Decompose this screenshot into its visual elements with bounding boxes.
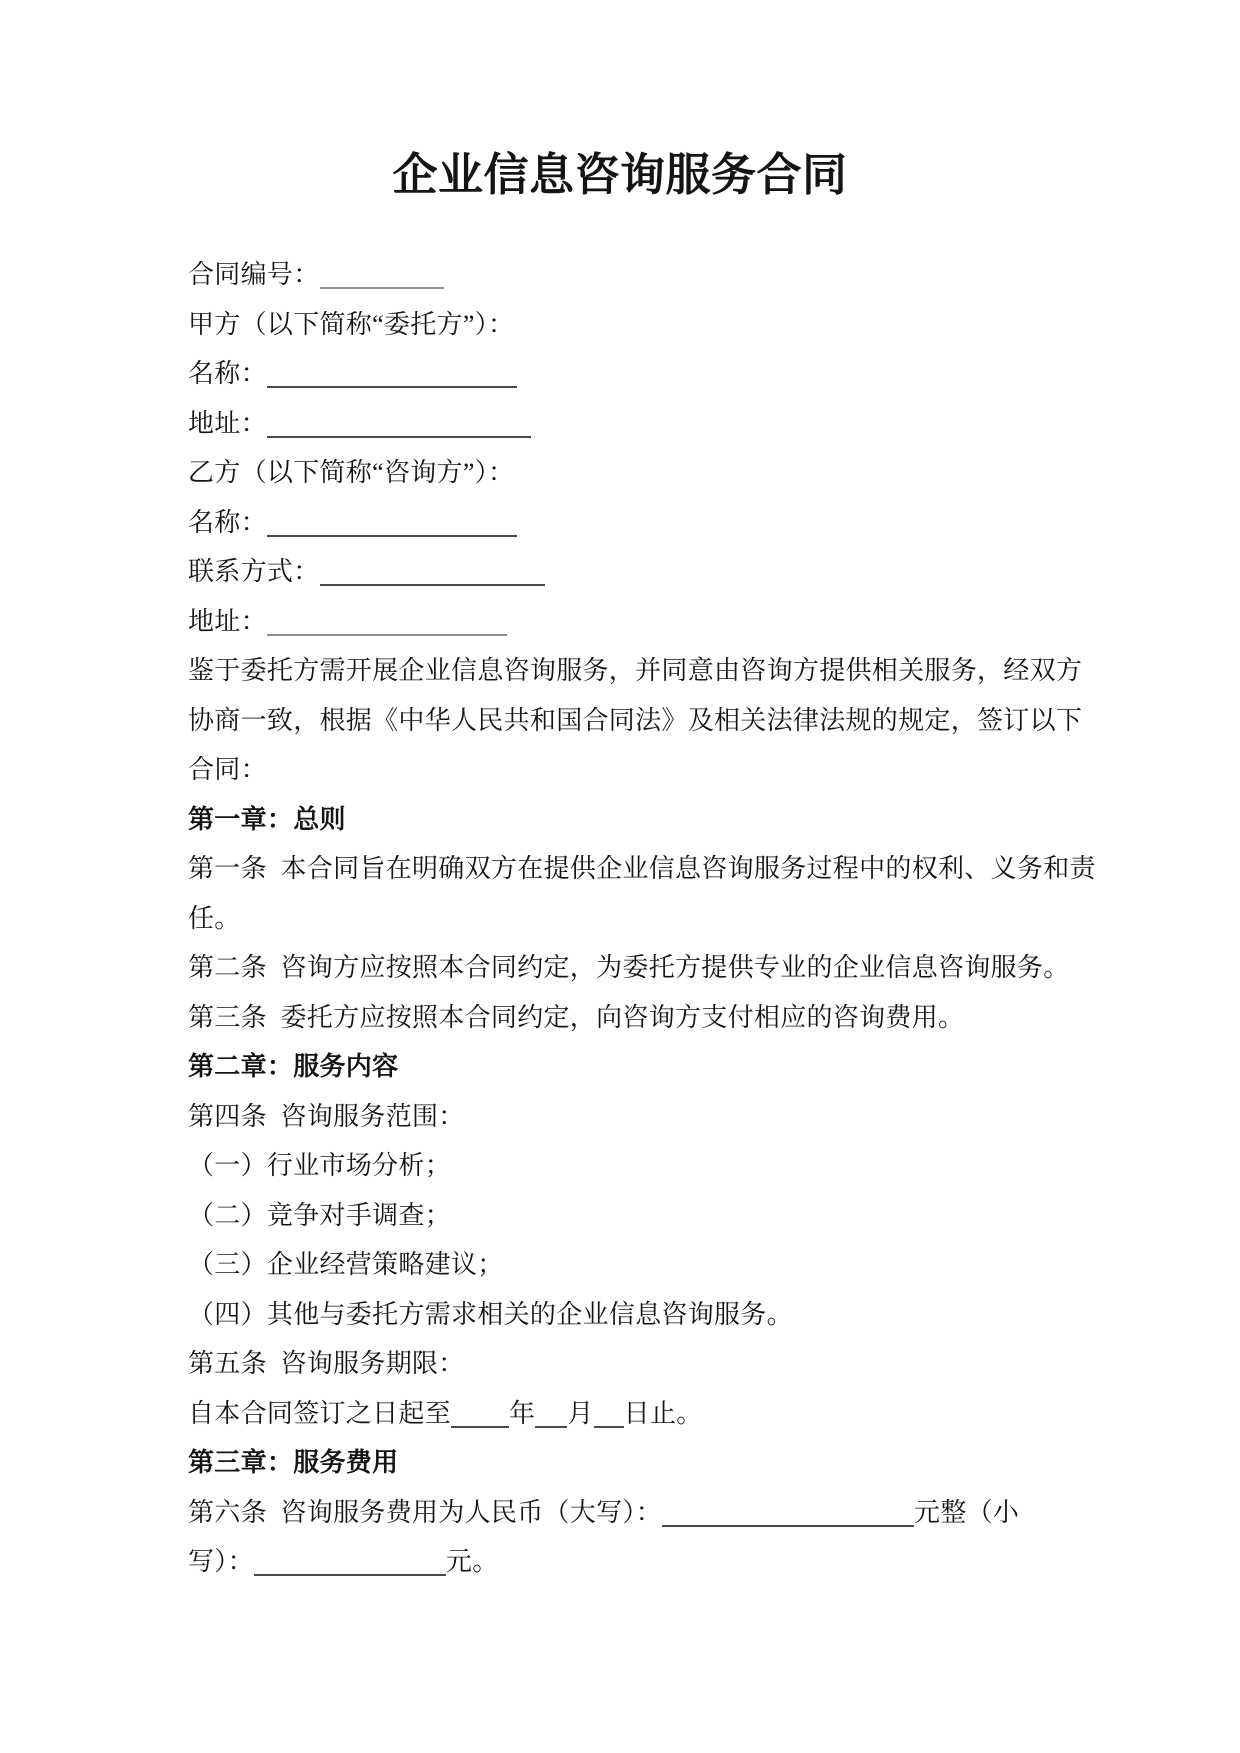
contract-page: 企业信息咨询服务合同 合同编号：甲方（以下简称“委托方”）：名称：地址：乙方（以… <box>0 0 1240 1753</box>
service-item-3: （三）企业经营策略建议； <box>188 1240 1093 1290</box>
article-3-line: 第三条 委托方应按照本合同约定，向咨询方支付相应的咨询费用。 <box>188 993 1093 1043</box>
text-run: 名称： <box>188 359 267 388</box>
preamble-line-1: 鉴于委托方需开展企业信息咨询服务，并同意由咨询方提供相关服务，经双方 <box>188 646 1093 696</box>
service-item-1: （一）行业市场分析； <box>188 1141 1093 1191</box>
text-run: 合同： <box>188 755 267 784</box>
article-1-line-1: 第一条 本合同旨在明确双方在提供企业信息咨询服务过程中的权利、义务和责 <box>188 844 1093 894</box>
blank-field <box>535 1400 567 1428</box>
blank-field <box>594 1400 624 1428</box>
party-a-name-line: 名称： <box>188 349 1093 399</box>
text-run: 协商一致，根据《中华人民共和国合同法》及相关法律法规的规定，签订以下 <box>188 706 1082 735</box>
text-run: 联系方式： <box>188 557 320 586</box>
text-run: 月 <box>567 1399 593 1428</box>
preamble-line-3: 合同： <box>188 745 1093 795</box>
service-term-line: 自本合同签订之日起至年月日止。 <box>188 1389 1093 1439</box>
blank-field <box>267 509 517 537</box>
preamble-line-2: 协商一致，根据《中华人民共和国合同法》及相关法律法规的规定，签订以下 <box>188 696 1093 746</box>
text-run: 第三条 委托方应按照本合同约定，向咨询方支付相应的咨询费用。 <box>188 1003 964 1032</box>
text-run: （二）竞争对手调查； <box>188 1201 451 1230</box>
text-run: 第一章：总则 <box>188 805 346 834</box>
text-run: 年 <box>509 1399 535 1428</box>
text-run: 第三章：服务费用 <box>188 1448 398 1477</box>
article-1-line-2: 任。 <box>188 894 1093 944</box>
blank-field <box>267 608 507 636</box>
text-run: 任。 <box>188 904 241 933</box>
party-b-name-line: 名称： <box>188 498 1093 548</box>
text-run: 元。 <box>446 1547 499 1576</box>
chapter-3-heading: 第三章：服务费用 <box>188 1438 1093 1488</box>
party-b-line: 乙方（以下简称“咨询方”）： <box>188 448 1093 498</box>
blank-field <box>254 1548 446 1576</box>
text-run: 第二条 咨询方应按照本合同约定，为委托方提供专业的企业信息咨询服务。 <box>188 953 1070 982</box>
article-6-line-1: 第六条 咨询服务费用为人民币（大写）：元整（小 <box>188 1488 1093 1538</box>
text-run: 第四条 咨询服务范围： <box>188 1102 465 1131</box>
blank-field <box>267 360 517 388</box>
text-run: 第二章：服务内容 <box>188 1052 398 1081</box>
blank-field <box>451 1400 509 1428</box>
article-5-line: 第五条 咨询服务期限： <box>188 1339 1093 1389</box>
article-2-line: 第二条 咨询方应按照本合同约定，为委托方提供专业的企业信息咨询服务。 <box>188 943 1093 993</box>
party-b-contact-line: 联系方式： <box>188 547 1093 597</box>
text-run: 名称： <box>188 508 267 537</box>
blank-field <box>662 1499 914 1527</box>
document-body: 合同编号：甲方（以下简称“委托方”）：名称：地址：乙方（以下简称“咨询方”）：名… <box>188 250 1093 1587</box>
text-run: 地址： <box>188 607 267 636</box>
blank-field <box>320 558 545 586</box>
text-run: 乙方（以下简称“咨询方”）： <box>188 458 514 487</box>
text-run: 元整（小 <box>914 1498 1019 1527</box>
service-item-4: （四）其他与委托方需求相关的企业信息咨询服务。 <box>188 1290 1093 1340</box>
text-run: 甲方（以下简称“委托方”）： <box>188 310 514 339</box>
blank-field <box>267 410 531 438</box>
text-run: 写）： <box>188 1547 254 1576</box>
text-run: 合同编号： <box>188 260 320 289</box>
chapter-2-heading: 第二章：服务内容 <box>188 1042 1093 1092</box>
text-run: （一）行业市场分析； <box>188 1151 451 1180</box>
chapter-1-heading: 第一章：总则 <box>188 795 1093 845</box>
text-run: 日止。 <box>624 1399 703 1428</box>
contract-number-line: 合同编号： <box>188 250 1093 300</box>
article-6-line-2: 写）：元。 <box>188 1537 1093 1587</box>
text-run: （四）其他与委托方需求相关的企业信息咨询服务。 <box>188 1300 793 1329</box>
party-a-line: 甲方（以下简称“委托方”）： <box>188 300 1093 350</box>
text-run: 第一条 本合同旨在明确双方在提供企业信息咨询服务过程中的权利、义务和责 <box>188 854 1096 883</box>
party-b-address-line: 地址： <box>188 597 1093 647</box>
text-run: 自本合同签订之日起至 <box>188 1399 451 1428</box>
document-title: 企业信息咨询服务合同 <box>0 149 1240 201</box>
text-run: （三）企业经营策略建议； <box>188 1250 504 1279</box>
article-4-line: 第四条 咨询服务范围： <box>188 1092 1093 1142</box>
text-run: 地址： <box>188 409 267 438</box>
text-run: 第五条 咨询服务期限： <box>188 1349 465 1378</box>
text-run: 鉴于委托方需开展企业信息咨询服务，并同意由咨询方提供相关服务，经双方 <box>188 656 1082 685</box>
text-run: 第六条 咨询服务费用为人民币（大写）： <box>188 1498 662 1527</box>
service-item-2: （二）竞争对手调查； <box>188 1191 1093 1241</box>
blank-field <box>320 261 444 289</box>
party-a-address-line: 地址： <box>188 399 1093 449</box>
